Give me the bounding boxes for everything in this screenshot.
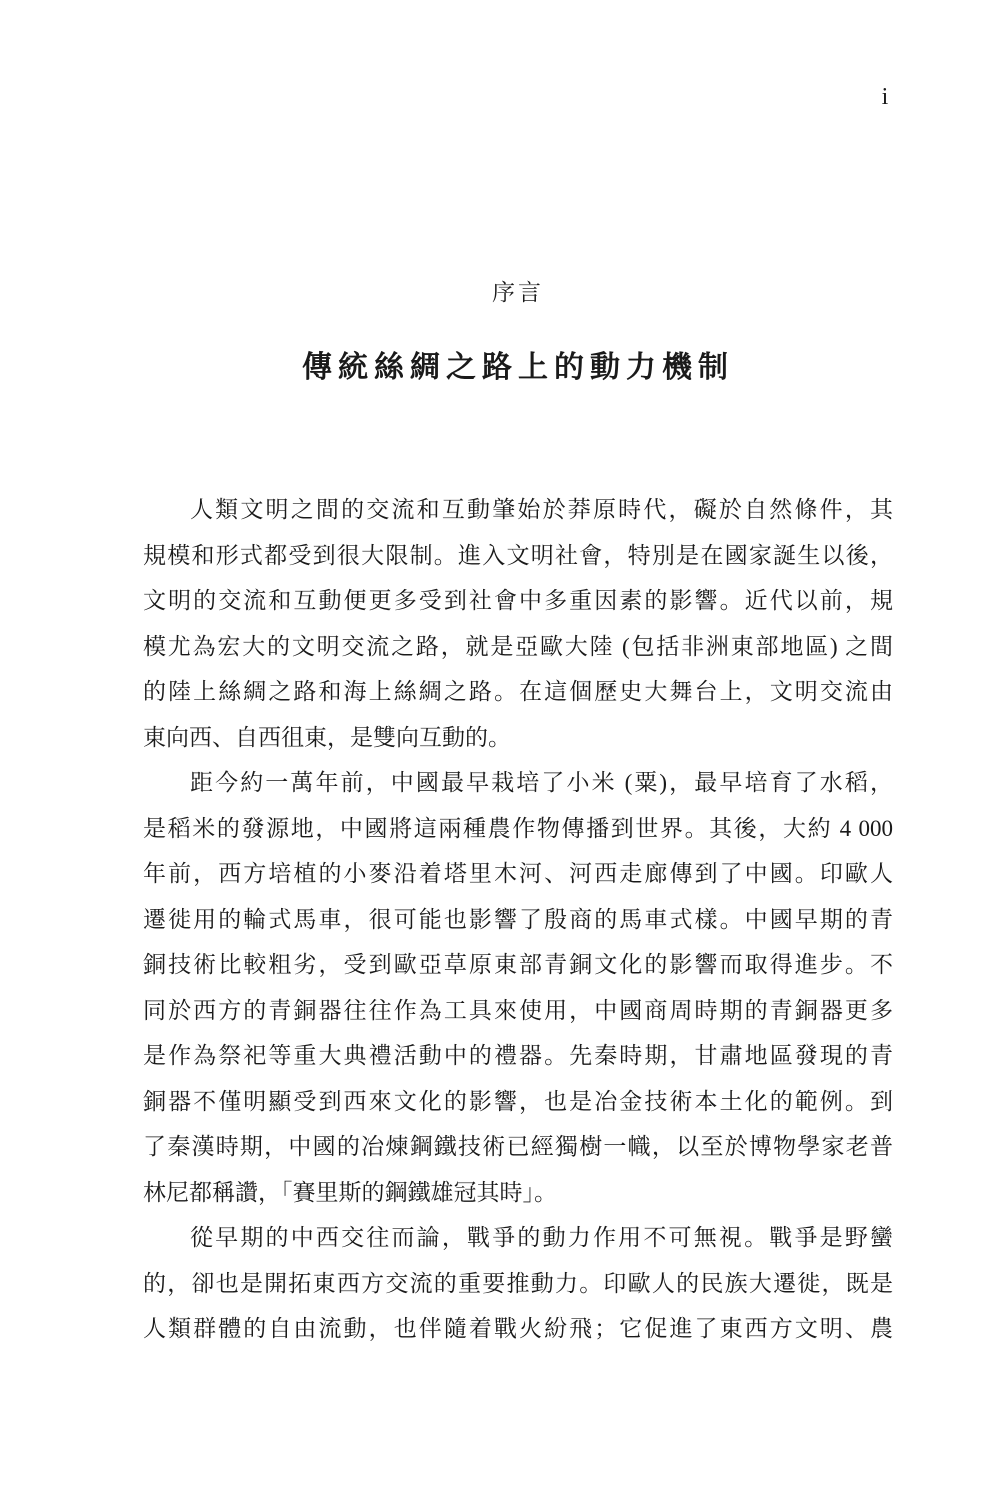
- text-line: 年前，西方培植的小麥沿着塔里木河、河西走廊傳到了中國。印歐人: [143, 851, 893, 897]
- text-line: 東向西、自西徂東，是雙向互動的。: [143, 715, 893, 761]
- text-line: 是作為祭祀等重大典禮活動中的禮器。先秦時期，甘肅地區發現的青: [143, 1033, 893, 1079]
- text-line: 的陸上絲綢之路和海上絲綢之路。在這個歷史大舞台上，文明交流由: [143, 669, 893, 715]
- document-title: 傳統絲綢之路上的動力機制: [143, 342, 893, 386]
- text-line: 規模和形式都受到很大限制。進入文明社會，特別是在國家誕生以後，: [143, 533, 893, 579]
- text-line: 人類文明之間的交流和互動肇始於莽原時代，礙於自然條件，其: [143, 487, 893, 533]
- text-line: 模尤為宏大的文明交流之路，就是亞歐大陸 (包括非洲東部地區) 之間: [143, 624, 893, 670]
- paragraph-2: 距今約一萬年前，中國最早栽培了小米 (粟)，最早培育了水稻， 是稻米的發源地，中…: [143, 760, 893, 1215]
- document-page: i 序言 傳統絲綢之路上的動力機制 人類文明之間的交流和互動肇始於莽原時代，礙於…: [0, 0, 1000, 1494]
- text-line: 的，卻也是開拓東西方交流的重要推動力。印歐人的民族大遷徙，既是: [143, 1261, 893, 1307]
- text-line: 文明的交流和互動便更多受到社會中多重因素的影響。近代以前，規: [143, 578, 893, 624]
- paragraph-1: 人類文明之間的交流和互動肇始於莽原時代，礙於自然條件，其 規模和形式都受到很大限…: [143, 487, 893, 760]
- text-line: 從早期的中西交往而論，戰爭的動力作用不可無視。戰爭是野蠻: [143, 1215, 893, 1261]
- page-number: i: [870, 84, 900, 111]
- text-line: 距今約一萬年前，中國最早栽培了小米 (粟)，最早培育了水稻，: [143, 760, 893, 806]
- text-line: 銅技術比較粗劣，受到歐亞草原東部青銅文化的影響而取得進步。不: [143, 942, 893, 988]
- text-line: 銅器不僅明顯受到西來文化的影響，也是冶金技術本土化的範例。到: [143, 1079, 893, 1125]
- text-line: 是稻米的發源地，中國將這兩種農作物傳播到世界。其後，大約 4 000: [143, 806, 893, 852]
- section-heading: 序言: [143, 274, 893, 307]
- text-line: 了秦漢時期，中國的冶煉鋼鐵技術已經獨樹一幟，以至於博物學家老普: [143, 1124, 893, 1170]
- body-text: 人類文明之間的交流和互動肇始於莽原時代，礙於自然條件，其 規模和形式都受到很大限…: [143, 487, 893, 1352]
- paragraph-3: 從早期的中西交往而論，戰爭的動力作用不可無視。戰爭是野蠻 的，卻也是開拓東西方交…: [143, 1215, 893, 1352]
- text-line: 遷徙用的輪式馬車，很可能也影響了殷商的馬車式樣。中國早期的青: [143, 897, 893, 943]
- text-line: 同於西方的青銅器往往作為工具來使用，中國商周時期的青銅器更多: [143, 988, 893, 1034]
- text-line: 人類群體的自由流動，也伴隨着戰火紛飛；它促進了東西方文明、農: [143, 1306, 893, 1352]
- text-line: 林尼都稱讚，「賽里斯的鋼鐵雄冠其時」。: [143, 1170, 893, 1216]
